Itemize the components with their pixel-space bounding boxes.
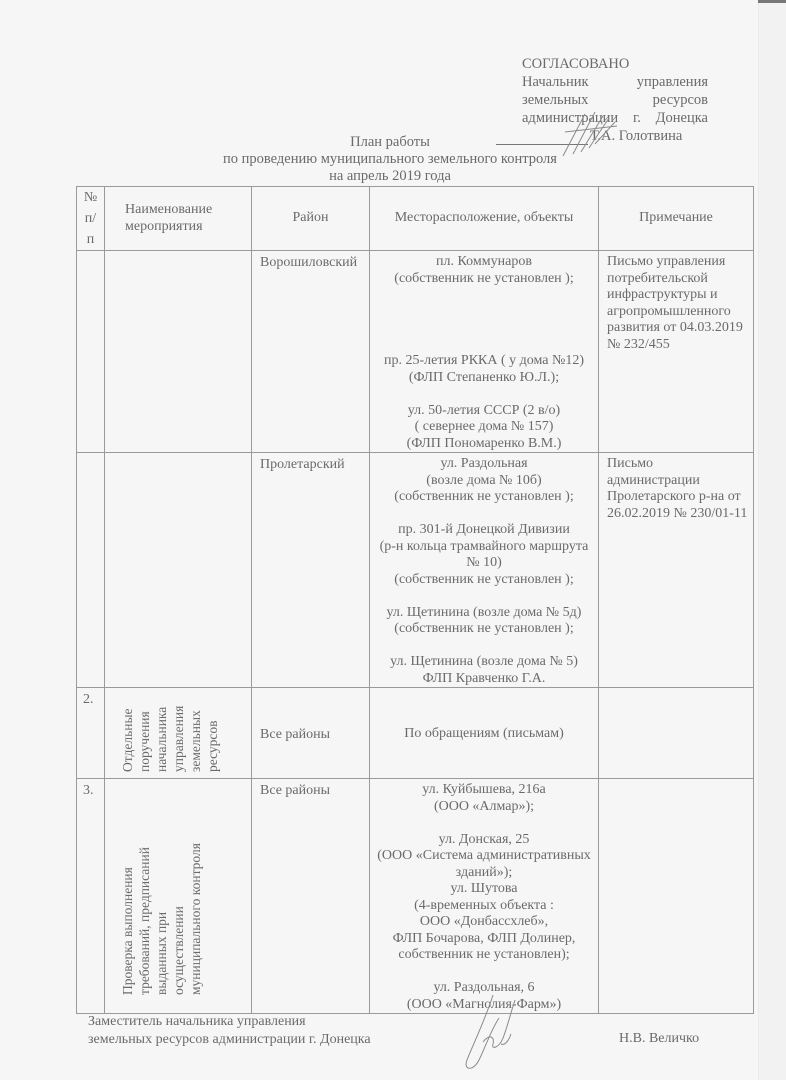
table-row: Ворошиловский пл. Коммунаров (собственни… xyxy=(77,251,754,453)
row-district: Пролетарский xyxy=(252,453,370,688)
table-header-row: № п/ п Наименование мероприятия Район Ме… xyxy=(77,187,754,251)
approval-heading: СОГЛАСОВАНО xyxy=(522,55,708,73)
row-district: Все районы xyxy=(252,779,370,1014)
footer-line: Заместитель начальника управления xyxy=(88,1013,371,1031)
approval-text: Донецка xyxy=(656,109,708,127)
row-name xyxy=(105,453,252,688)
location-line: ( севернее дома № 157) xyxy=(374,419,594,436)
row-locations: пл. Коммунаров (собственник не установле… xyxy=(370,251,599,453)
table-row: 3. Проверка выполнения требований, предп… xyxy=(77,779,754,1014)
location-line: (ФЛП Степаненко Ю.Л.); xyxy=(374,370,594,387)
signature-icon xyxy=(455,990,535,1075)
footer-position: Заместитель начальника управления земель… xyxy=(88,1013,371,1049)
header-location: Месторасположение, объекты xyxy=(370,187,599,251)
location-line: (собственник не установлен ); xyxy=(374,271,594,288)
location-line: собственник не установлен); xyxy=(374,947,594,964)
location-line: (собственник не установлен ); xyxy=(374,572,594,589)
page-corner-mark xyxy=(758,0,786,3)
header-num: № п/ п xyxy=(77,187,105,251)
row-note xyxy=(599,688,754,779)
approval-text: Начальник xyxy=(522,73,589,91)
row-num xyxy=(77,251,105,453)
header-text: п xyxy=(77,229,104,250)
page-edge xyxy=(758,0,786,1080)
location-line: ФЛП Кравченко Г.А. xyxy=(374,671,594,688)
location-line: пр. 301-й Донецкой Дивизии xyxy=(374,522,594,539)
row-num xyxy=(77,453,105,688)
table-row: Пролетарский ул. Раздольная (возле дома … xyxy=(77,453,754,688)
row-num: 3. xyxy=(77,779,105,1014)
row-name-text: Проверка выполнения требований, предписа… xyxy=(119,835,204,995)
header-note: Примечание xyxy=(599,187,754,251)
plan-table: № п/ п Наименование мероприятия Район Ме… xyxy=(76,186,754,1014)
location-line: ул. Раздольная xyxy=(374,456,594,473)
footer-signer: Н.В. Величко xyxy=(619,1031,699,1047)
location-line: ул. Донская, 25 xyxy=(374,832,594,849)
row-name: Отдельные поручения начальника управлени… xyxy=(105,688,252,779)
approval-text: управления xyxy=(637,73,708,91)
row-note: Письмо администрации Пролетарского р-на … xyxy=(599,453,754,688)
location-line: (ООО «Алмар»); xyxy=(374,799,594,816)
location-line: ул. Куйбышева, 216а xyxy=(374,782,594,799)
location-line: ООО «Донбассхлеб», xyxy=(374,914,594,931)
location-line: ул. Щетинина (возле дома № 5д) xyxy=(374,605,594,622)
row-district: Все районы xyxy=(252,688,370,779)
title-line: на апрель 2019 года xyxy=(180,168,600,185)
row-locations: ул. Куйбышева, 216а (ООО «Алмар»); ул. Д… xyxy=(370,779,599,1014)
row-num: 2. xyxy=(77,688,105,779)
location-line: ул. Шутова xyxy=(374,881,594,898)
row-district: Ворошиловский xyxy=(252,251,370,453)
location-line: По обращениям (письмам) xyxy=(374,726,594,743)
document-title: План работы по проведению муниципального… xyxy=(180,134,600,185)
approval-text: г. xyxy=(633,109,641,127)
table-row: 2. Отдельные поручения начальника управл… xyxy=(77,688,754,779)
location-line: (р-н кольца трамвайного маршрута № 10) xyxy=(374,539,594,572)
row-name: Проверка выполнения требований, предписа… xyxy=(105,779,252,1014)
row-note: Письмо управления потребительской инфрас… xyxy=(599,251,754,453)
location-line: (собственник не установлен ); xyxy=(374,489,594,506)
header-text: № xyxy=(77,187,104,208)
title-line: План работы xyxy=(180,134,600,151)
location-line: (4-временных объекта : xyxy=(374,898,594,915)
header-text: п/ xyxy=(77,208,104,229)
row-locations: По обращениям (письмам) xyxy=(370,688,599,779)
location-line: (возле дома № 10б) xyxy=(374,473,594,490)
footer-line: земельных ресурсов администрации г. Доне… xyxy=(88,1031,371,1049)
location-line: ФЛП Бочарова, ФЛП Долинер, xyxy=(374,931,594,948)
row-locations: ул. Раздольная (возле дома № 10б) (собст… xyxy=(370,453,599,688)
header-district: Район xyxy=(252,187,370,251)
location-line: пр. 25-летия РККА ( у дома №12) xyxy=(374,353,594,370)
location-line: (собственник не установлен ); xyxy=(374,621,594,638)
location-line: (ФЛП Пономаренко В.М.) xyxy=(374,436,594,453)
header-name: Наименование мероприятия xyxy=(105,187,252,251)
row-name-text: Отдельные поручения начальника управлени… xyxy=(119,694,221,772)
location-line: ул. 50-летия СССР (2 в/о) xyxy=(374,403,594,420)
location-line: (ООО «Система административных зданий»); xyxy=(374,848,594,881)
title-line: по проведению муниципального земельного … xyxy=(180,151,600,168)
location-line: пл. Коммунаров xyxy=(374,254,594,271)
approval-text: ресурсов xyxy=(653,91,708,109)
row-name xyxy=(105,251,252,453)
row-note xyxy=(599,779,754,1014)
location-line: ул. Щетинина (возле дома № 5) xyxy=(374,654,594,671)
approval-text: земельных xyxy=(522,91,588,109)
